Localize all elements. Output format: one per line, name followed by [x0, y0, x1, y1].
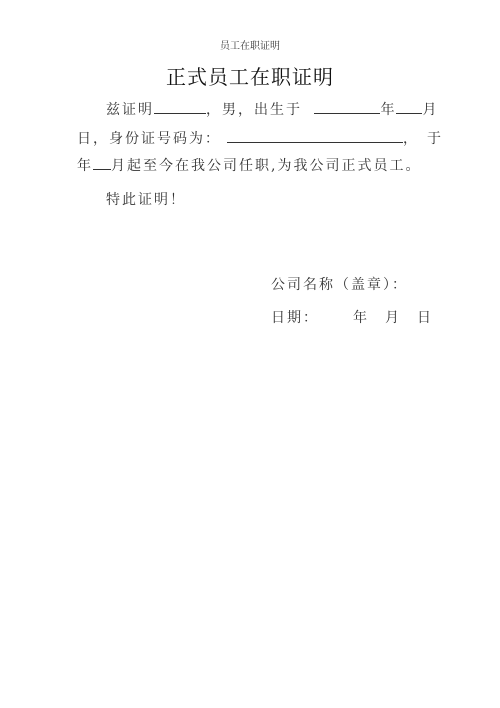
date-year: 年 [353, 310, 369, 326]
text-day-id: 日，身份证号码为： [77, 131, 221, 147]
company-name-label: 公司名称（盖章）： [271, 274, 408, 294]
text-year: 年 [380, 102, 396, 118]
closing-line: 特此证明！ [106, 189, 186, 209]
body-line-3: 年月起至今在我公司任职,为我公司正式员工。 [77, 155, 421, 175]
start-month-blank [93, 155, 111, 170]
text-month: 月 [422, 102, 438, 118]
document-title: 正式员工在职证明 [0, 61, 500, 90]
text-since: ，于 [403, 131, 451, 147]
text-gender-birth: ，男，出生于 [206, 102, 302, 118]
text-employment: 月起至今在我公司任职,为我公司正式员工。 [111, 158, 421, 174]
document-page: 员工在职证明 正式员工在职证明 兹证明，男，出生于 年月 日，身份证号码为：，于… [0, 0, 500, 708]
page-header: 员工在职证明 [0, 37, 500, 52]
birth-month-blank [396, 99, 422, 114]
date-month: 月 [385, 310, 401, 326]
date-label: 日期： [271, 310, 319, 326]
birth-year-blank [314, 99, 380, 114]
name-blank [154, 99, 206, 114]
date-line: 日期：年月日 [271, 307, 433, 327]
text-year: 年 [77, 158, 93, 174]
body-line-1: 兹证明，男，出生于 年月 [106, 99, 438, 119]
id-number-blank [227, 128, 403, 143]
date-day: 日 [417, 310, 433, 326]
text-prefix: 兹证明 [106, 102, 154, 118]
body-line-2: 日，身份证号码为：，于 [77, 128, 451, 148]
